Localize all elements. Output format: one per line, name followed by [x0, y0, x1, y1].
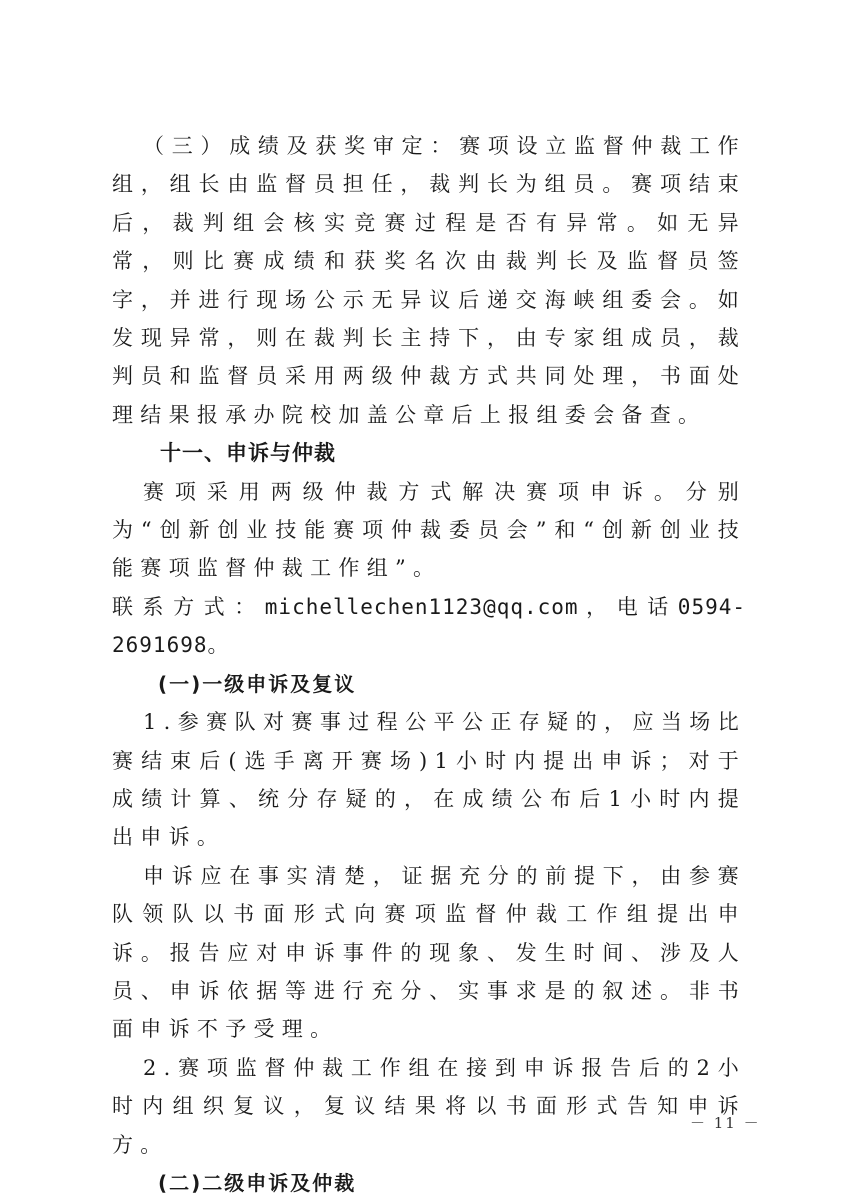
- contact-info: 联系方式：michellechen1123@qq.com，电话0594-2691…: [112, 588, 746, 665]
- paragraph-appeal-requirements: 申诉应在事实清楚，证据充分的前提下，由参赛队领队以书面形式向赛项监督仲裁工作组提…: [112, 857, 746, 1049]
- phone-label: 电话: [617, 595, 678, 619]
- page-number: － 11 －: [690, 1112, 761, 1133]
- paragraph-results-review: （三）成绩及获奖审定：赛项设立监督仲裁工作组，组长由监督员担任，裁判长为组员。赛…: [112, 127, 746, 434]
- document-body: （三）成绩及获奖审定：赛项设立监督仲裁工作组，组长由监督员担任，裁判长为组员。赛…: [112, 127, 746, 1200]
- section-heading-appeal-arbitration: 十一、申诉与仲裁: [112, 434, 746, 472]
- contact-end: 。: [208, 633, 231, 657]
- paragraph-two-level-arbitration: 赛项采用两级仲裁方式解决赛项申诉。分别为“创新创业技能赛项仲裁委员会”和“创新创…: [112, 473, 746, 588]
- contact-label: 联系方式：: [112, 595, 265, 619]
- contact-separator: ，: [579, 595, 617, 619]
- document-page: （三）成绩及获奖审定：赛项设立监督仲裁工作组，组长由监督员担任，裁判长为组员。赛…: [0, 0, 848, 1200]
- contact-email-link[interactable]: michellechen1123@qq.com: [265, 595, 579, 619]
- paragraph-appeal-timing: 1.参赛队对赛事过程公平公正存疑的，应当场比赛结束后(选手离开赛场)1小时内提出…: [112, 703, 746, 857]
- subheading-first-level-appeal: (一)一级申诉及复议: [112, 665, 746, 703]
- paragraph-review-timing: 2.赛项监督仲裁工作组在接到申诉报告后的2小时内组织复议，复议结果将以书面形式告…: [112, 1049, 746, 1164]
- subheading-second-level-appeal: (二)二级申诉及仲裁: [112, 1164, 746, 1200]
